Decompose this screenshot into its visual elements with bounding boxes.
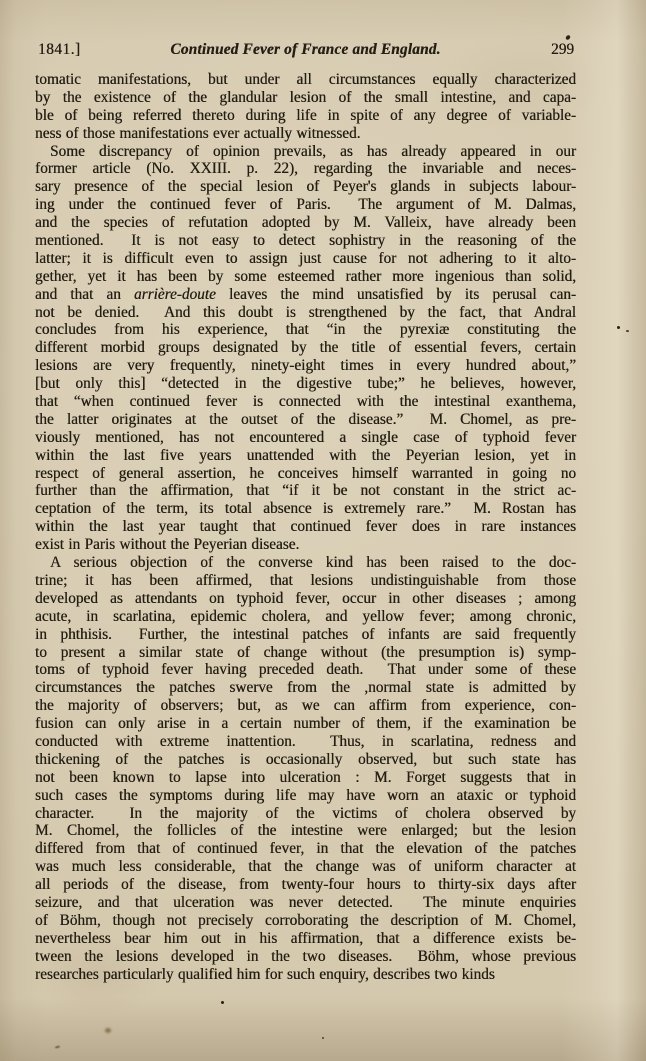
text-line: mentioned. It is not easy to detect soph… <box>35 232 576 250</box>
page-number: 299 <box>551 41 574 59</box>
text-line: toms of typhoid fever having preceded de… <box>35 661 576 679</box>
text-line: was much less considerable, that the cha… <box>35 858 576 876</box>
text-line: thickening of the patches is occasionall… <box>35 751 576 769</box>
text-line: latter; it is difficult even to assign j… <box>35 250 576 268</box>
text-line: not be denied. And this doubt is strengt… <box>35 304 576 322</box>
text-line: to present a similar state of change wit… <box>35 644 576 662</box>
text-line: ble of being referred thereto during lif… <box>35 107 576 125</box>
page-body: tomatic manifestations, but under all ci… <box>35 71 576 983</box>
text-line: ceptation of the term, its total absence… <box>35 500 576 518</box>
text-line: by the existence of the glandular lesion… <box>35 89 576 107</box>
text-line: differed from that of continued fever, i… <box>35 840 576 858</box>
text-line: concludes from his experience, that “in … <box>35 321 576 339</box>
ink-speck <box>55 1045 60 1048</box>
text-line: seizure, and that ulceration was never d… <box>35 894 576 912</box>
text-line: in phthisis. Further, the intestinal pat… <box>35 626 576 644</box>
text-line: tomatic manifestations, but under all ci… <box>35 71 576 89</box>
text-line: that “when continued fever is connected … <box>35 393 576 411</box>
text-line: developed as attendants on typhoid fever… <box>35 590 576 608</box>
ink-speck <box>322 1037 324 1039</box>
text-line: such cases the symptoms during life may … <box>35 787 576 805</box>
text-line: Some discrepancy of opinion prevails, as… <box>35 143 576 161</box>
text-line: exist in Paris without the Peyerian dise… <box>35 536 576 554</box>
paragraph: Some discrepancy of opinion prevails, as… <box>35 143 576 554</box>
text-line: the latter originates at the outset of t… <box>35 411 576 429</box>
text-line: A serious objection of the converse kind… <box>35 554 576 572</box>
text-line: of Böhm, though not precisely corroborat… <box>35 912 576 930</box>
ink-speck <box>221 1001 224 1004</box>
running-title: Continued Fever of France and England. <box>35 41 576 59</box>
text-line: nevertheless bear him out in his affirma… <box>35 930 576 948</box>
text-line: character. In the majority of the victim… <box>35 805 576 823</box>
text-line: M. Chomel, the follicles of the intestin… <box>35 822 576 840</box>
text-line: within the last five years unattended wi… <box>35 447 576 465</box>
text-line: [but only this] “detected in the digesti… <box>35 375 576 393</box>
paragraph: tomatic manifestations, but under all ci… <box>35 71 576 143</box>
text-line: researches particularly qualified him fo… <box>35 966 576 984</box>
text-line: further than the affirmation, that “if i… <box>35 482 576 500</box>
ink-speck <box>105 1028 111 1033</box>
text-line: and that an arrière-doute leaves the min… <box>35 286 576 304</box>
paragraph: A serious objection of the converse kind… <box>35 554 576 983</box>
text-line: conducted with extreme inattention. Thus… <box>35 733 576 751</box>
text-line: the majority of observers; but, as we ca… <box>35 697 576 715</box>
text-line: all periods of the disease, from twenty-… <box>35 876 576 894</box>
text-line: not been known to lapse into ulceration … <box>35 769 576 787</box>
ink-speck <box>565 34 571 40</box>
text-line: viously mentioned, has not encountered a… <box>35 429 576 447</box>
ink-speck <box>617 326 620 329</box>
page-header: 1841.] Continued Fever of France and Eng… <box>35 41 576 59</box>
text-line: tween the lesions developed in the two d… <box>35 948 576 966</box>
text-line: ness of those manifestations ever actual… <box>35 125 576 143</box>
text-line: gether, yet it has been by some esteemed… <box>35 268 576 286</box>
text-line: sary presence of the special lesion of P… <box>35 178 576 196</box>
text-line: fusion can only arise in a certain numbe… <box>35 715 576 733</box>
text-line: circumstances the patches swerve from th… <box>35 679 576 697</box>
text-line: ing under the continued fever of Paris. … <box>35 196 576 214</box>
text-line: trine; it has been affirmed, that lesion… <box>35 572 576 590</box>
text-line: and the species of refutation adopted by… <box>35 214 576 232</box>
text-line: former article (No. XXIII. p. 22), regar… <box>35 160 576 178</box>
text-line: within the last year taught that continu… <box>35 518 576 536</box>
text-line: acute, in scarlatina, epidemic cholera, … <box>35 608 576 626</box>
text-line: lesions are very frequently, ninety-eigh… <box>35 357 576 375</box>
ink-speck <box>626 330 629 332</box>
text-line: respect of general assertion, he conceiv… <box>35 465 576 483</box>
scanned-journal-page: 1841.] Continued Fever of France and Eng… <box>0 0 646 1061</box>
text-line: different morbid groups designated by th… <box>35 339 576 357</box>
